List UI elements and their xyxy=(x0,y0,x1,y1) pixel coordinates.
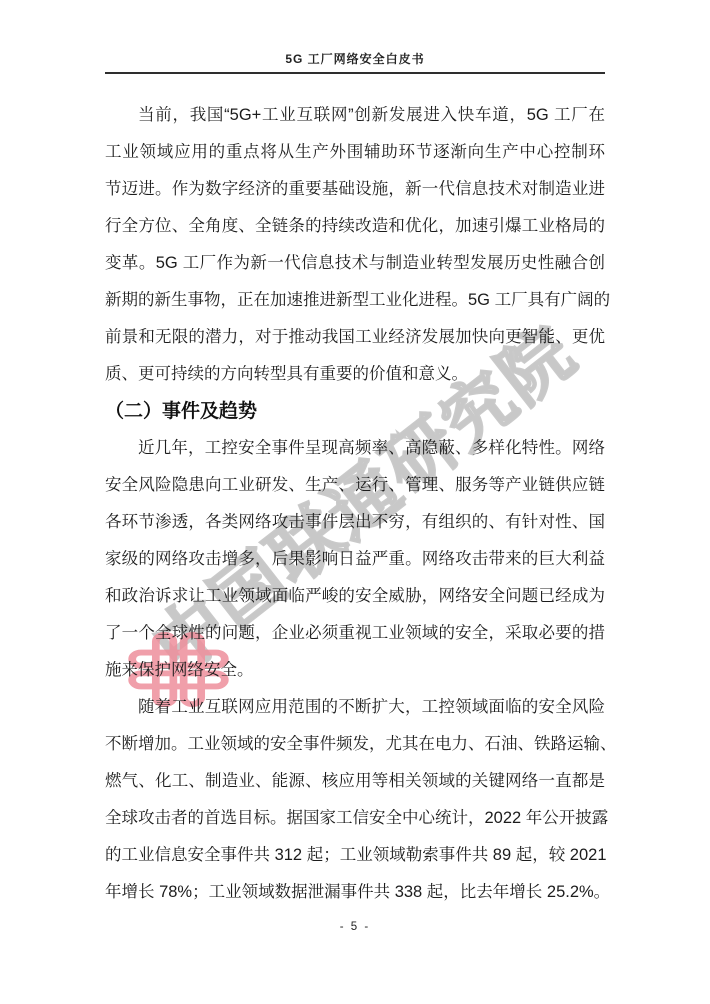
body-line: 随着工业互联网应用范围的不断扩大，工控领域面临的安全风险 xyxy=(105,689,605,726)
body-line: 年增长 78%；工业领域数据泄漏事件共 338 起，比去年增长 25.2%。 xyxy=(105,874,605,911)
body-line: 燃气、化工、制造业、能源、核应用等相关领域的关键网络一直都是 xyxy=(105,763,605,800)
body-line: 不断增加。工业领域的安全事件频发，尤其在电力、石油、铁路运输、 xyxy=(105,726,605,763)
body-line: 工业领域应用的重点将从生产外围辅助环节逐渐向生产中心控制环 xyxy=(105,134,605,171)
body-line: 行全方位、全角度、全链条的持续改造和优化，加速引爆工业格局的 xyxy=(105,208,605,245)
body-line: 新期的新生事物，正在加速推进新型工业化进程。5G 工厂具有广阔的 xyxy=(105,282,605,319)
body-line: 各环节渗透，各类网络攻击事件层出不穷，有组织的、有针对性、国 xyxy=(105,504,605,541)
body-line: 全球攻击者的首选目标。据国家工信安全中心统计，2022 年公开披露 xyxy=(105,800,605,837)
body-line: 和政治诉求让工业领域面临严峻的安全威胁，网络安全问题已经成为 xyxy=(105,578,605,615)
body-line: 当前，我国“5G+工业互联网”创新发展进入快车道，5G 工厂在 xyxy=(105,97,605,134)
paragraph-3: 随着工业互联网应用范围的不断扩大，工控领域面临的安全风险 不断增加。工业领域的安… xyxy=(105,689,605,911)
body-line: 节迈进。作为数字经济的重要基础设施，新一代信息技术对制造业进 xyxy=(105,171,605,208)
body-line: 了一个全球性的问题，企业必须重视工业领域的安全，采取必要的措 xyxy=(105,615,605,652)
document-header-title: 5G 工厂网络安全白皮书 xyxy=(0,50,710,67)
document-body: 当前，我国“5G+工业互联网”创新发展进入快车道，5G 工厂在 工业领域应用的重… xyxy=(105,97,605,911)
paragraph-2: 近几年，工控安全事件呈现高频率、高隐蔽、多样化特性。网络 安全风险隐患向工业研发… xyxy=(105,430,605,689)
paragraph-1: 当前，我国“5G+工业互联网”创新发展进入快车道，5G 工厂在 工业领域应用的重… xyxy=(105,97,605,393)
body-line: 家级的网络攻击增多，后果影响日益严重。网络攻击带来的巨大利益 xyxy=(105,541,605,578)
document-page: 5G 工厂网络安全白皮书 中国联通研究院 当前，我国“5G+工业互联网”创新发展… xyxy=(0,0,710,1004)
header-rule xyxy=(105,72,605,74)
body-line: 安全风险隐患向工业研发、生产、运行、管理、服务等产业链供应链 xyxy=(105,467,605,504)
section-heading: （二）事件及趋势 xyxy=(105,393,605,430)
body-line: 变革。5G 工厂作为新一代信息技术与制造业转型发展历史性融合创 xyxy=(105,245,605,282)
body-line: 的工业信息安全事件共 312 起；工业领域勒索事件共 89 起，较 2021 xyxy=(105,837,605,874)
footer-page-number: - 5 - xyxy=(0,921,710,933)
body-line: 质、更可持续的方向转型具有重要的价值和意义。 xyxy=(105,356,605,393)
body-line: 近几年，工控安全事件呈现高频率、高隐蔽、多样化特性。网络 xyxy=(105,430,605,467)
body-line: 施来保护网络安全。 xyxy=(105,652,605,689)
body-line: 前景和无限的潜力，对于推动我国工业经济发展加快向更智能、更优 xyxy=(105,319,605,356)
